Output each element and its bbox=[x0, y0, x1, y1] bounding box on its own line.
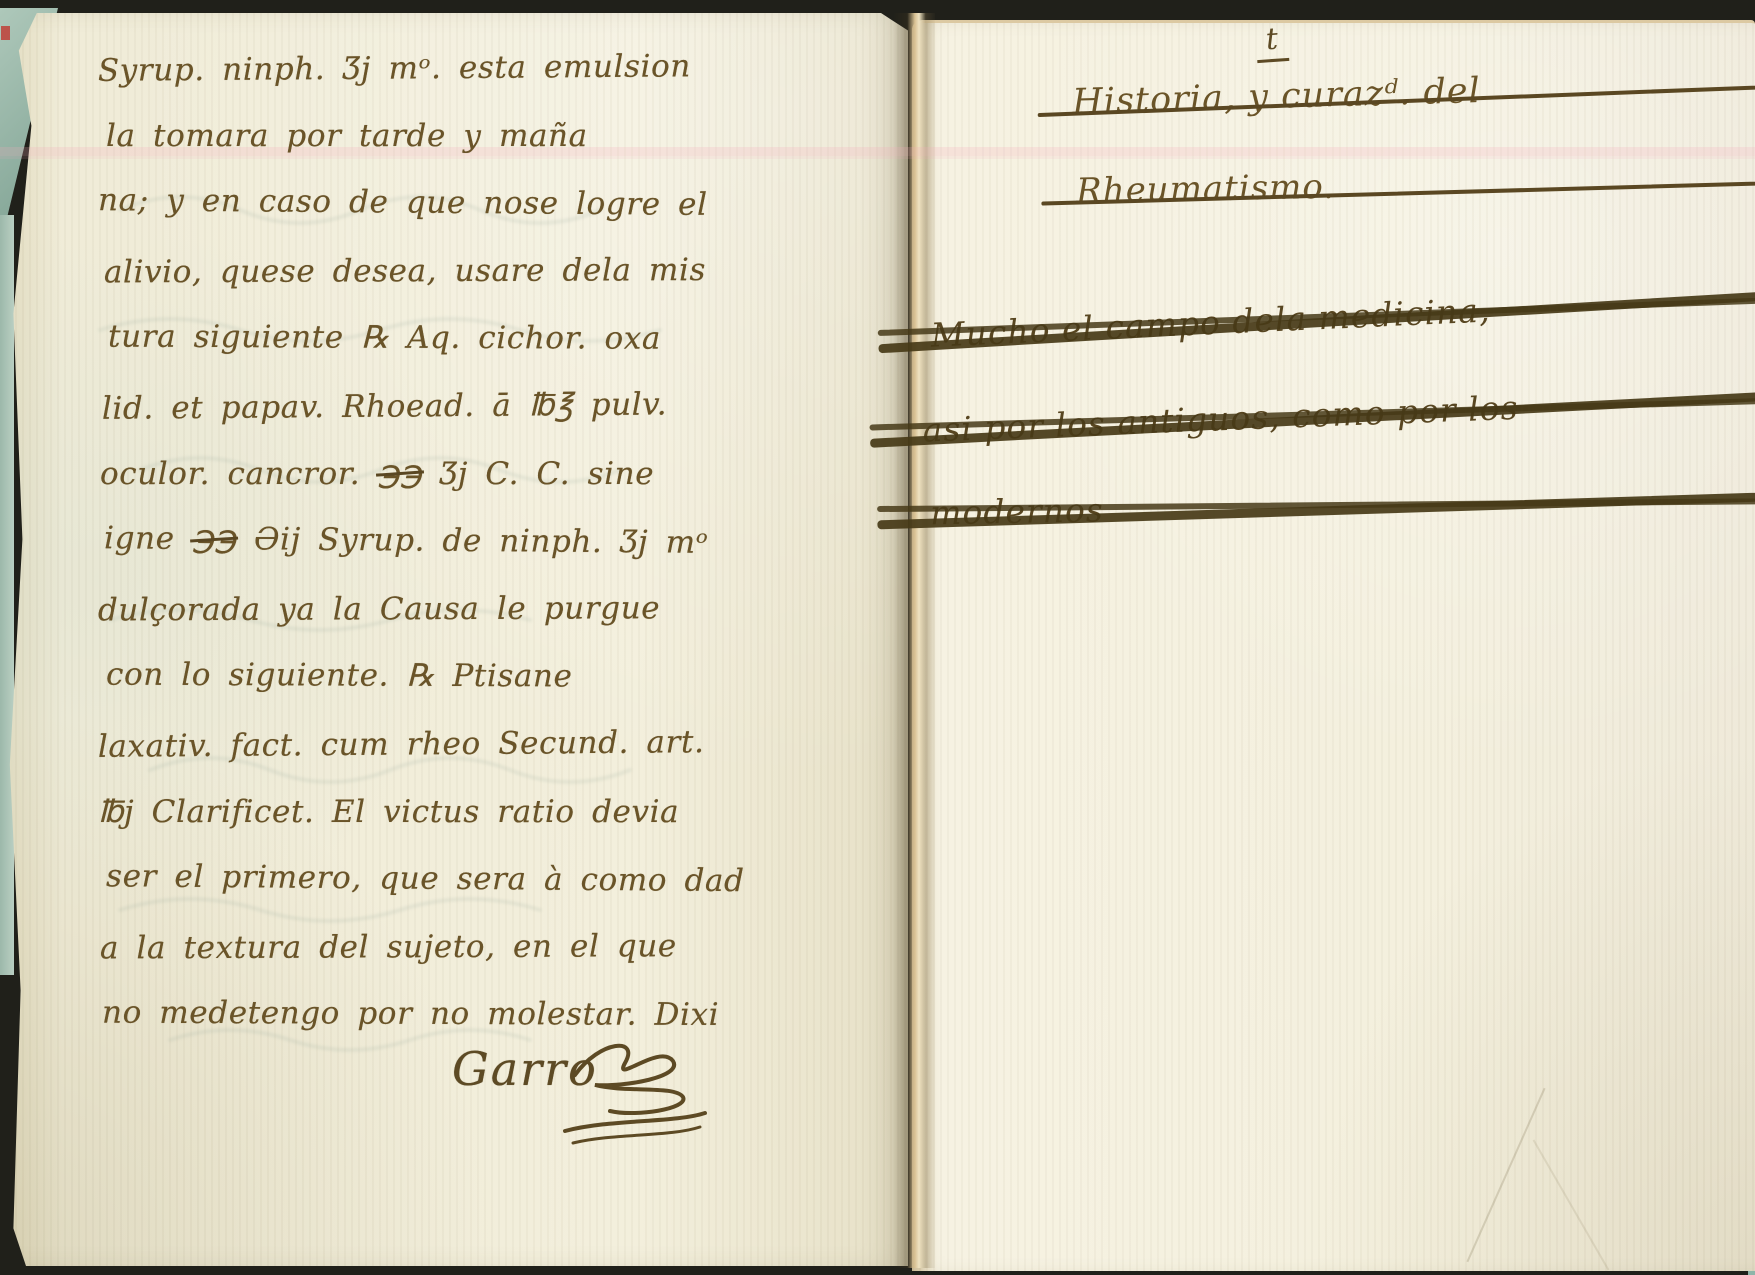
right-page bbox=[912, 20, 1755, 1271]
manuscript-line: Syrup. ninph. Ʒj mᵒ. esta emulsion bbox=[98, 47, 838, 120]
manuscript-line: ℔j Clarificet. El victus ratio devia bbox=[98, 794, 838, 862]
book-cover-edge-left bbox=[0, 215, 14, 975]
manuscript-line: con lo siguiente. ℞ Ptisane bbox=[98, 657, 838, 727]
manuscript-line: oculor. cancror. ℈℈ Ʒj C. C. sine bbox=[98, 456, 838, 524]
signature-rubric-flourish bbox=[555, 1035, 715, 1165]
manuscript-scan: Syrup. ninph. Ʒj mᵒ. esta emulsionla tom… bbox=[0, 0, 1755, 1275]
manuscript-line: laxativ. fact. cum rheo Secund. art. bbox=[98, 723, 838, 796]
insertion-mark: t bbox=[1255, 21, 1290, 63]
manuscript-line: a la textura del sujeto, en el que bbox=[98, 927, 838, 997]
manuscript-line: na; y en caso de que nose logre el bbox=[98, 182, 838, 255]
struck-token: ℈℈ bbox=[378, 456, 423, 492]
manuscript-line: dulçorada ya la Causa le purgue bbox=[98, 589, 838, 659]
manuscript-line: igne ℈℈ Əij Syrup. de ninph. Ʒj mᵒ bbox=[98, 520, 838, 593]
manuscript-line: la tomara por tarde y maña bbox=[98, 118, 838, 186]
red-edge-mark bbox=[1, 26, 10, 40]
manuscript-line: tura siguiente ℞ Aq. cichor. oxa bbox=[98, 319, 838, 389]
manuscript-line: ser el primero, que sera à como dad bbox=[98, 858, 838, 931]
manuscript-line: lid. et papav. Rhoead. ā ℔℥ pulv. bbox=[98, 385, 838, 458]
manuscript-line: alivio, quese desea, usare dela mis bbox=[98, 251, 838, 321]
left-page-text: Syrup. ninph. Ʒj mᵒ. esta emulsionla tom… bbox=[98, 50, 838, 1064]
struck-token: ℈℈ bbox=[192, 521, 237, 557]
